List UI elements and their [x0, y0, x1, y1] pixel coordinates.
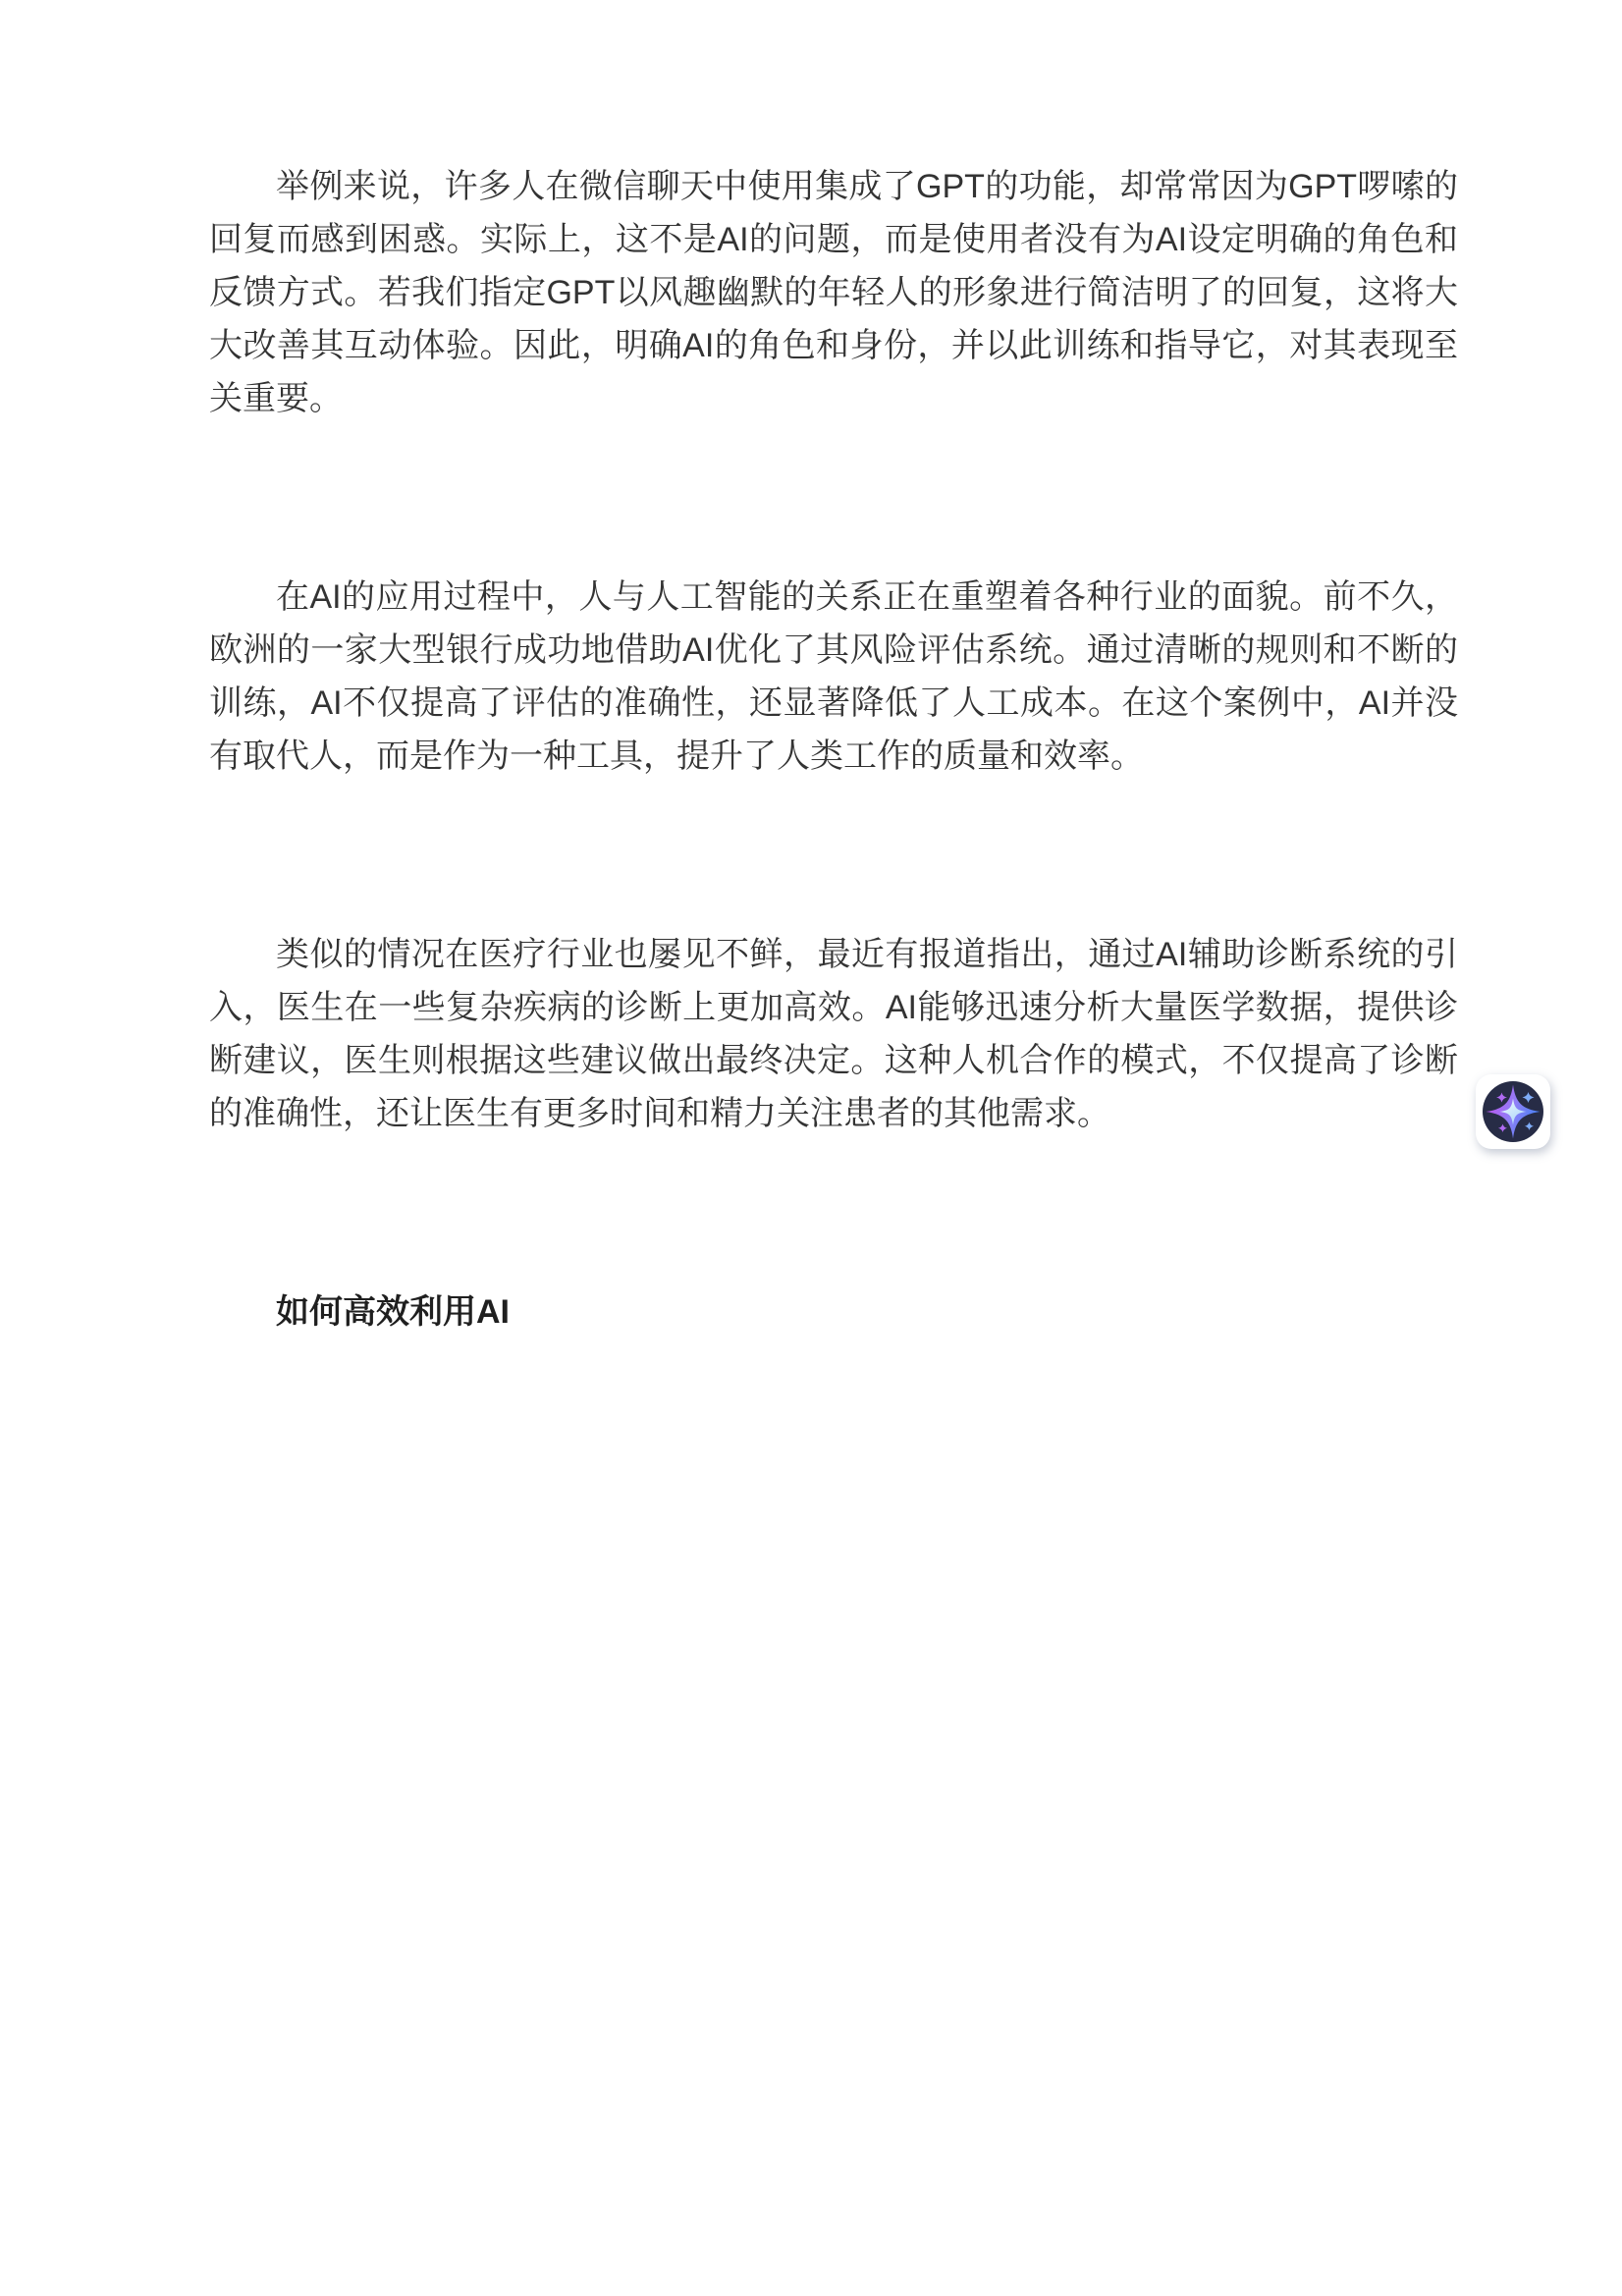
document-body[interactable]: 举例来说，许多人在微信聊天中使用集成了GPT的功能，却常常因为GPT啰嗦的回复而… — [209, 160, 1458, 1339]
paragraph-bank-risk-case: 在AI的应用过程中，人与人工智能的关系正在重塑着各种行业的面貌。前不久，欧洲的一… — [209, 571, 1458, 783]
document-page: 举例来说，许多人在微信聊天中使用集成了GPT的功能，却常常因为GPT啰嗦的回复而… — [0, 0, 1622, 2296]
paragraph-gpt-wechat-example: 举例来说，许多人在微信聊天中使用集成了GPT的功能，却常常因为GPT啰嗦的回复而… — [209, 160, 1458, 425]
ai-sparkle-icon — [1483, 1081, 1543, 1142]
paragraph-medical-diagnosis-case: 类似的情况在医疗行业也屡见不鲜，最近有报道指出，通过AI辅助诊断系统的引入，医生… — [209, 928, 1458, 1140]
section-heading: 如何高效利用AI — [209, 1285, 1458, 1339]
ai-assistant-button[interactable] — [1476, 1074, 1550, 1149]
